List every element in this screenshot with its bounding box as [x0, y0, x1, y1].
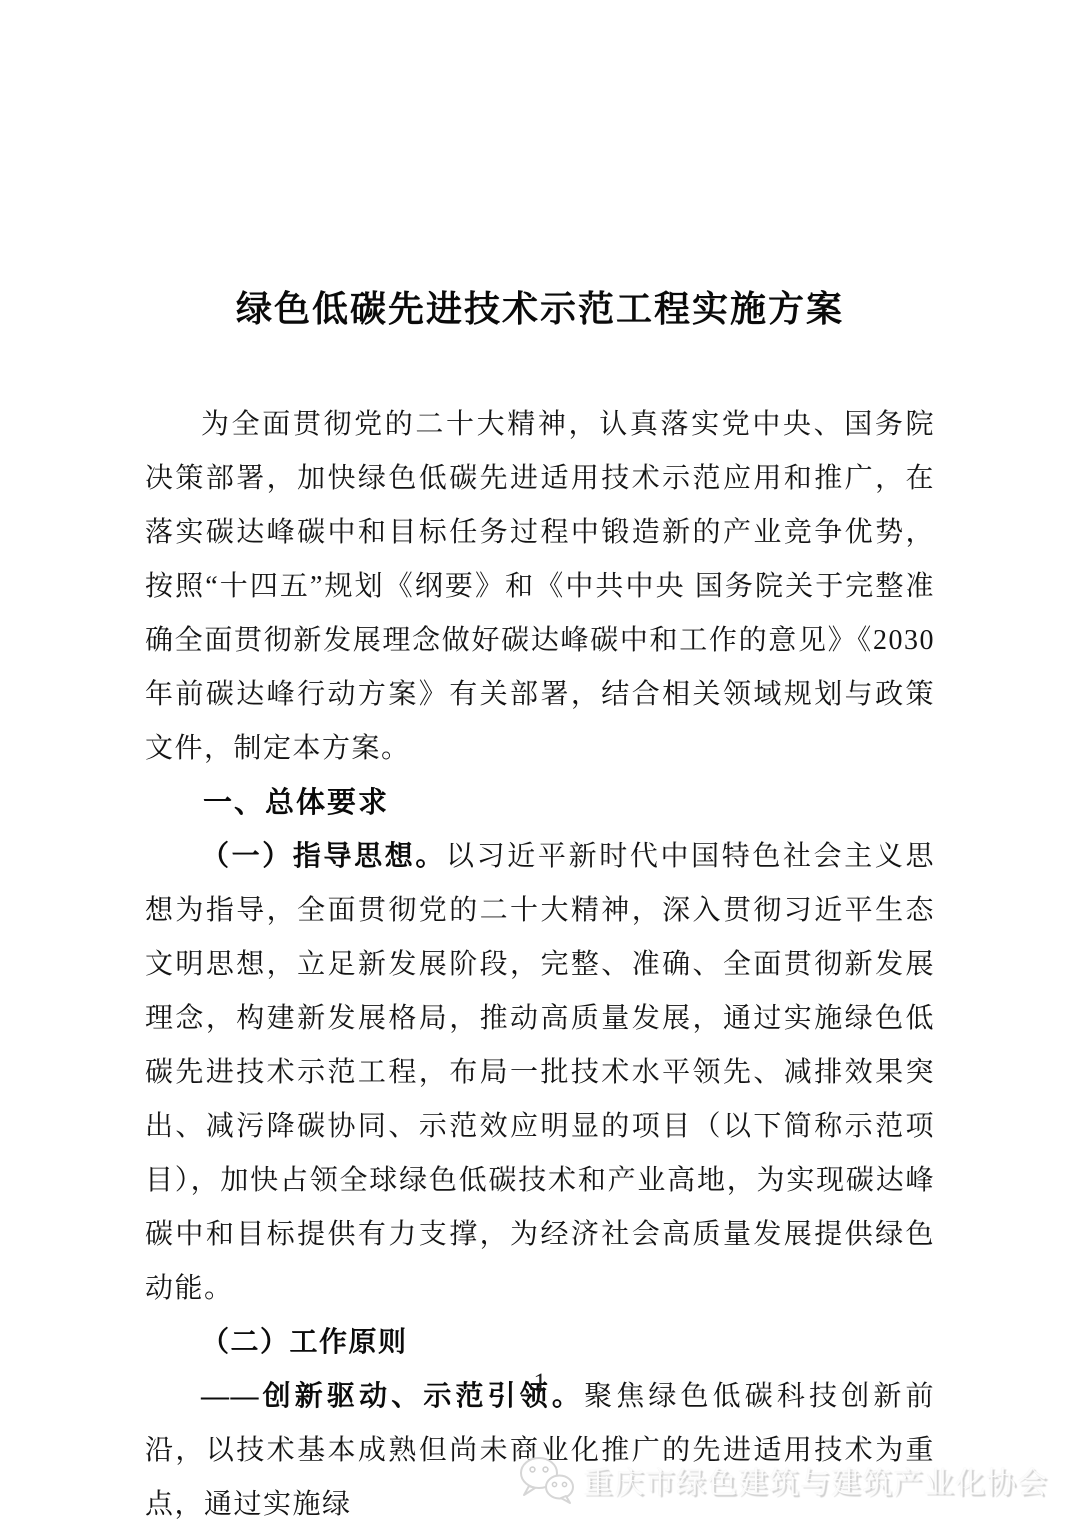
guiding-thought-text: 以习近平新时代中国特色社会主义思想为指导，全面贯彻党的二十大精神，深入贯彻习近平… [145, 841, 935, 1304]
section-heading-overall-requirements: 一、总体要求 [145, 776, 935, 830]
wechat-icon [518, 1455, 576, 1505]
guiding-thought-paragraph: （一）指导思想。以习近平新时代中国特色社会主义思想为指导，全面贯彻党的二十大精神… [145, 830, 935, 1316]
document-page: 绿色低碳先进技术示范工程实施方案 为全面贯彻党的二十大精神，认真落实党中央、国务… [0, 0, 1080, 1527]
watermark: 重庆市绿色建筑与建筑产业化协会 [518, 1455, 1048, 1505]
work-principles-lead: （二）工作原则 [201, 1327, 408, 1358]
page-number: 1 [0, 1368, 1080, 1398]
intro-paragraph: 为全面贯彻党的二十大精神，认真落实党中央、国务院决策部署，加快绿色低碳先进适用技… [145, 398, 935, 776]
guiding-thought-lead: （一）指导思想。 [201, 841, 446, 872]
document-title: 绿色低碳先进技术示范工程实施方案 [0, 0, 1080, 332]
document-body: 为全面贯彻党的二十大精神，认真落实党中央、国务院决策部署，加快绿色低碳先进适用技… [145, 398, 935, 1527]
work-principles-paragraph: （二）工作原则 [145, 1316, 935, 1370]
watermark-text: 重庆市绿色建筑与建筑产业化协会 [583, 1458, 1048, 1502]
